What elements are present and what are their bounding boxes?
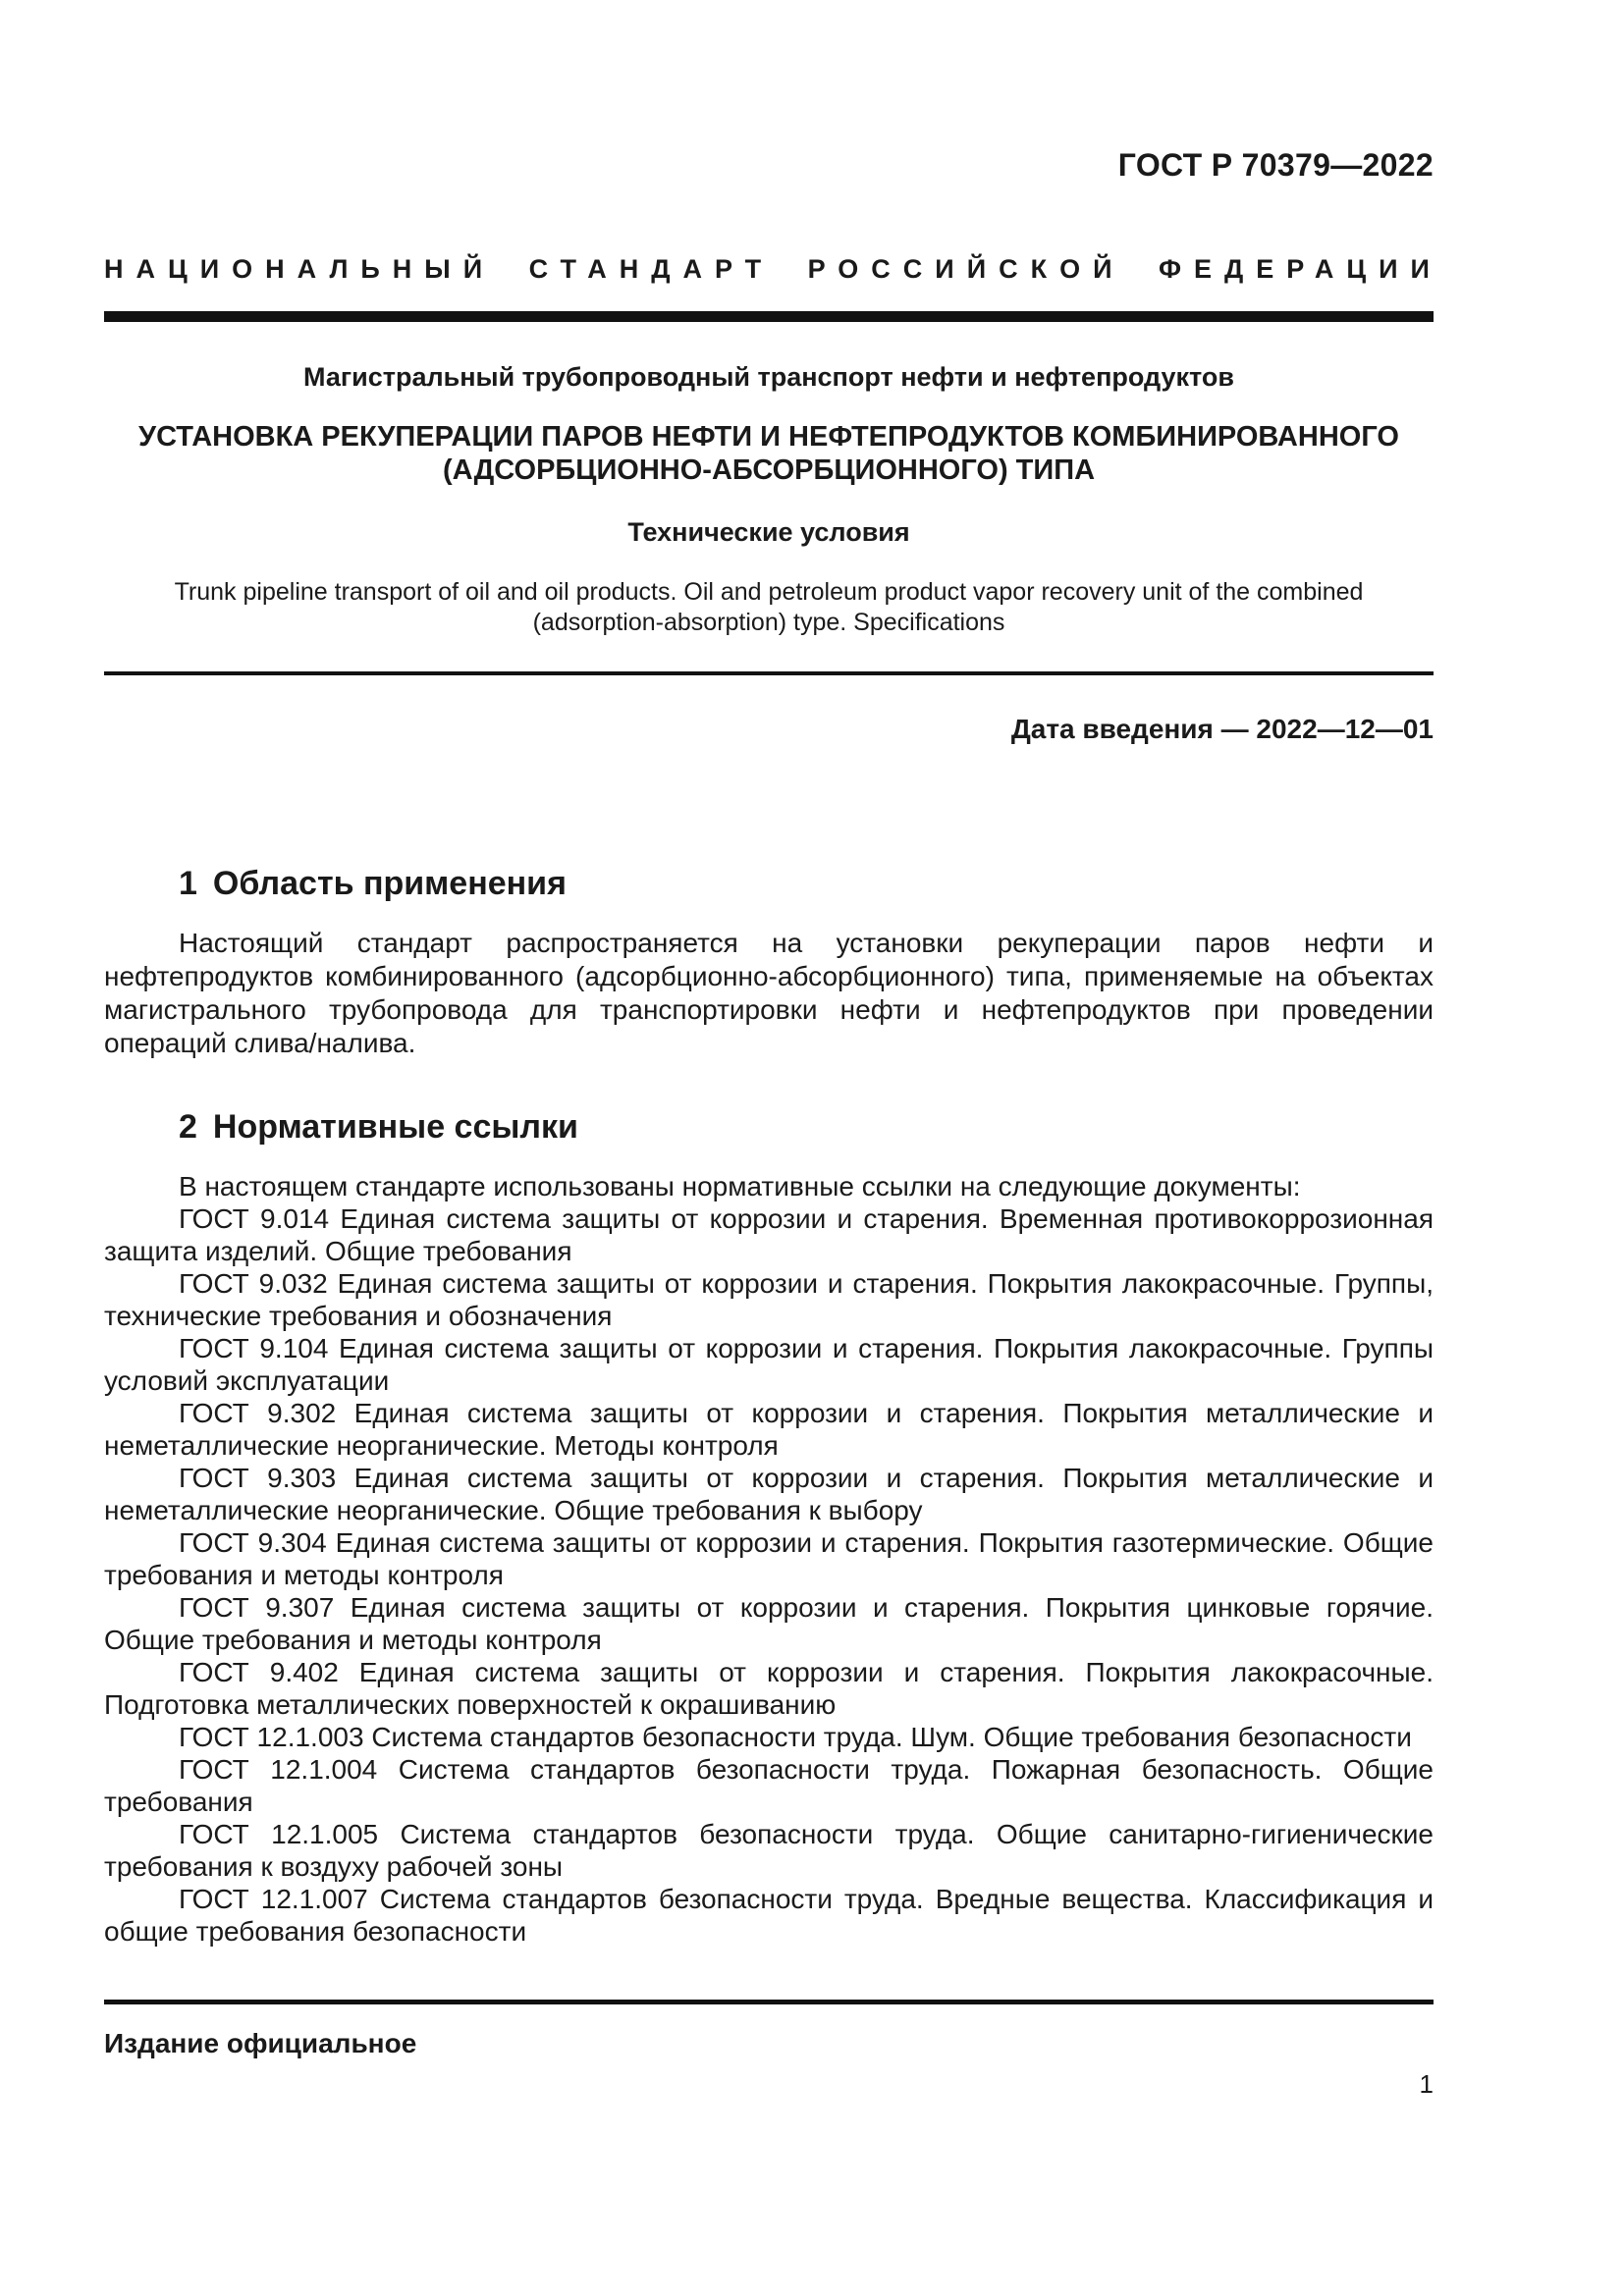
reference-item: ГОСТ 9.304 Единая система защиты от корр…	[104, 1526, 1434, 1591]
section-2-number: 2	[179, 1108, 197, 1146]
reference-item: ГОСТ 12.1.004 Система стандартов безопас…	[104, 1753, 1434, 1818]
reference-item: ГОСТ 9.302 Единая система защиты от корр…	[104, 1397, 1434, 1462]
reference-item: ГОСТ 12.1.005 Система стандартов безопас…	[104, 1818, 1434, 1883]
scope-paragraph: Настоящий стандарт распространяется на у…	[104, 927, 1434, 1060]
english-title: Trunk pipeline transport of oil and oil …	[104, 577, 1434, 638]
reference-item: ГОСТ 9.303 Единая система защиты от корр…	[104, 1462, 1434, 1526]
main-title-line1: УСТАНОВКА РЕКУПЕРАЦИИ ПАРОВ НЕФТИ И НЕФТ…	[104, 420, 1434, 454]
footer-rule	[104, 2000, 1434, 2004]
section-1-heading: 1Область применения	[104, 864, 1434, 903]
header-thick-rule	[104, 311, 1434, 322]
section-2-title: Нормативные ссылки	[213, 1108, 578, 1146]
section-normative-references: 2Нормативные ссылки В настоящем стандарт…	[104, 1107, 1434, 1948]
section-2-heading: 2Нормативные ссылки	[104, 1107, 1434, 1147]
document-page: ГОСТ Р 70379—2022 НАЦИОНАЛЬНЫЙ СТАНДАРТ …	[0, 0, 1624, 2296]
title-divider-rule	[104, 671, 1434, 675]
reference-item: ГОСТ 12.1.003 Система стандартов безопас…	[104, 1721, 1434, 1753]
doc-code: ГОСТ Р 70379—2022	[104, 147, 1434, 183]
reference-item: ГОСТ 9.402 Единая система защиты от корр…	[104, 1656, 1434, 1721]
section-1-title: Область применения	[213, 865, 567, 902]
section-1-number: 1	[179, 865, 197, 902]
edition-note: Издание официальное	[104, 2028, 1434, 2059]
reference-item: ГОСТ 9.104 Единая система защиты от корр…	[104, 1332, 1434, 1397]
date-of-introduction: Дата введения — 2022—12—01	[104, 714, 1434, 745]
page-number: 1	[104, 2069, 1434, 2100]
english-title-text: Trunk pipeline transport of oil and oil …	[145, 577, 1392, 638]
document-body: 1Область применения Настоящий стандарт р…	[104, 864, 1434, 1948]
reference-item: ГОСТ 9.032 Единая система защиты от корр…	[104, 1267, 1434, 1332]
main-title: УСТАНОВКА РЕКУПЕРАЦИИ ПАРОВ НЕФТИ И НЕФТ…	[104, 420, 1434, 487]
subtitle: Технические условия	[104, 517, 1434, 548]
national-standard-banner: НАЦИОНАЛЬНЫЙ СТАНДАРТ РОССИЙСКОЙ ФЕДЕРАЦ…	[104, 253, 1434, 285]
reference-item: ГОСТ 12.1.007 Система стандартов безопас…	[104, 1883, 1434, 1948]
reference-item: ГОСТ 9.307 Единая система защиты от корр…	[104, 1591, 1434, 1656]
subject-line: Магистральный трубопроводный транспорт н…	[104, 361, 1434, 393]
section-scope: 1Область применения Настоящий стандарт р…	[104, 864, 1434, 1060]
references-intro-paragraph: В настоящем стандарте использованы норма…	[104, 1170, 1434, 1202]
reference-item: ГОСТ 9.014 Единая система защиты от корр…	[104, 1202, 1434, 1267]
main-title-line2: (АДСОРБЦИОННО-АБСОРБЦИОННОГО) ТИПА	[104, 454, 1434, 487]
